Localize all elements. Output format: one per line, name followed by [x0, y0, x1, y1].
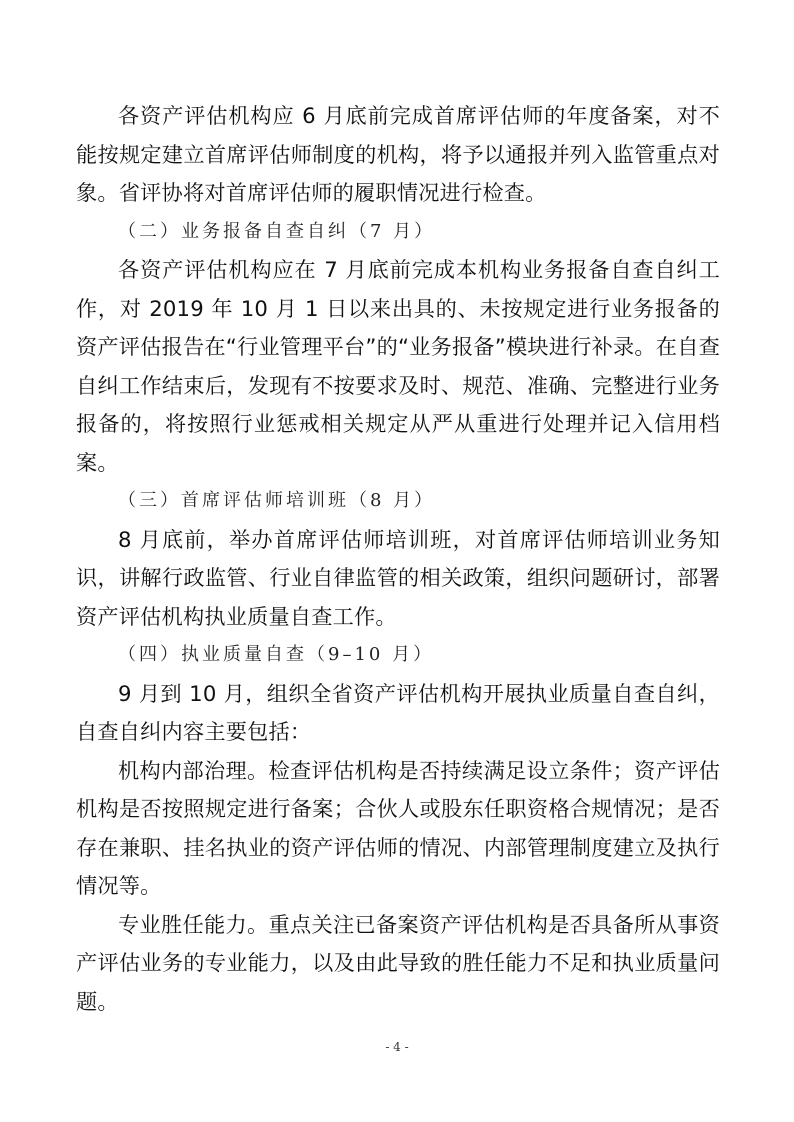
paragraph-training: 8 月底前，举办首席评估师培训班，对首席评估师培训业务知识，讲解行政监管、行业自… — [76, 521, 720, 637]
document-page: 各资产评估机构应 6 月底前完成首席评估师的年度备案，对不能按规定建立首席评估师… — [76, 97, 720, 1021]
paragraph-quality-self-check-intro: 9 月到 10 月，组织全省资产评估机构开展执业质量自查自纠，自查自纠内容主要包… — [76, 675, 720, 752]
paragraph-internal-governance: 机构内部治理。检查评估机构是否持续满足设立条件；资产评估机构是否按照规定进行备案… — [76, 752, 720, 906]
paragraph-professional-competence: 专业胜任能力。重点关注已备案资产评估机构是否具备所从事资产评估业务的专业能力，以… — [76, 906, 720, 1022]
section-heading-business-filing: （二）业务报备自查自纠（7 月） — [76, 213, 720, 252]
section-heading-quality-self-check: （四）执业质量自查（9–10 月） — [76, 636, 720, 675]
paragraph-business-filing: 各资产评估机构应在 7 月底前完成本机构业务报备自查自纠工作，对 2019 年 … — [76, 251, 720, 482]
page-number: - 4 - — [0, 1040, 794, 1054]
section-heading-training: （三）首席评估师培训班（8 月） — [76, 482, 720, 521]
paragraph-chief-appraiser-filing: 各资产评估机构应 6 月底前完成首席评估师的年度备案，对不能按规定建立首席评估师… — [76, 97, 720, 213]
